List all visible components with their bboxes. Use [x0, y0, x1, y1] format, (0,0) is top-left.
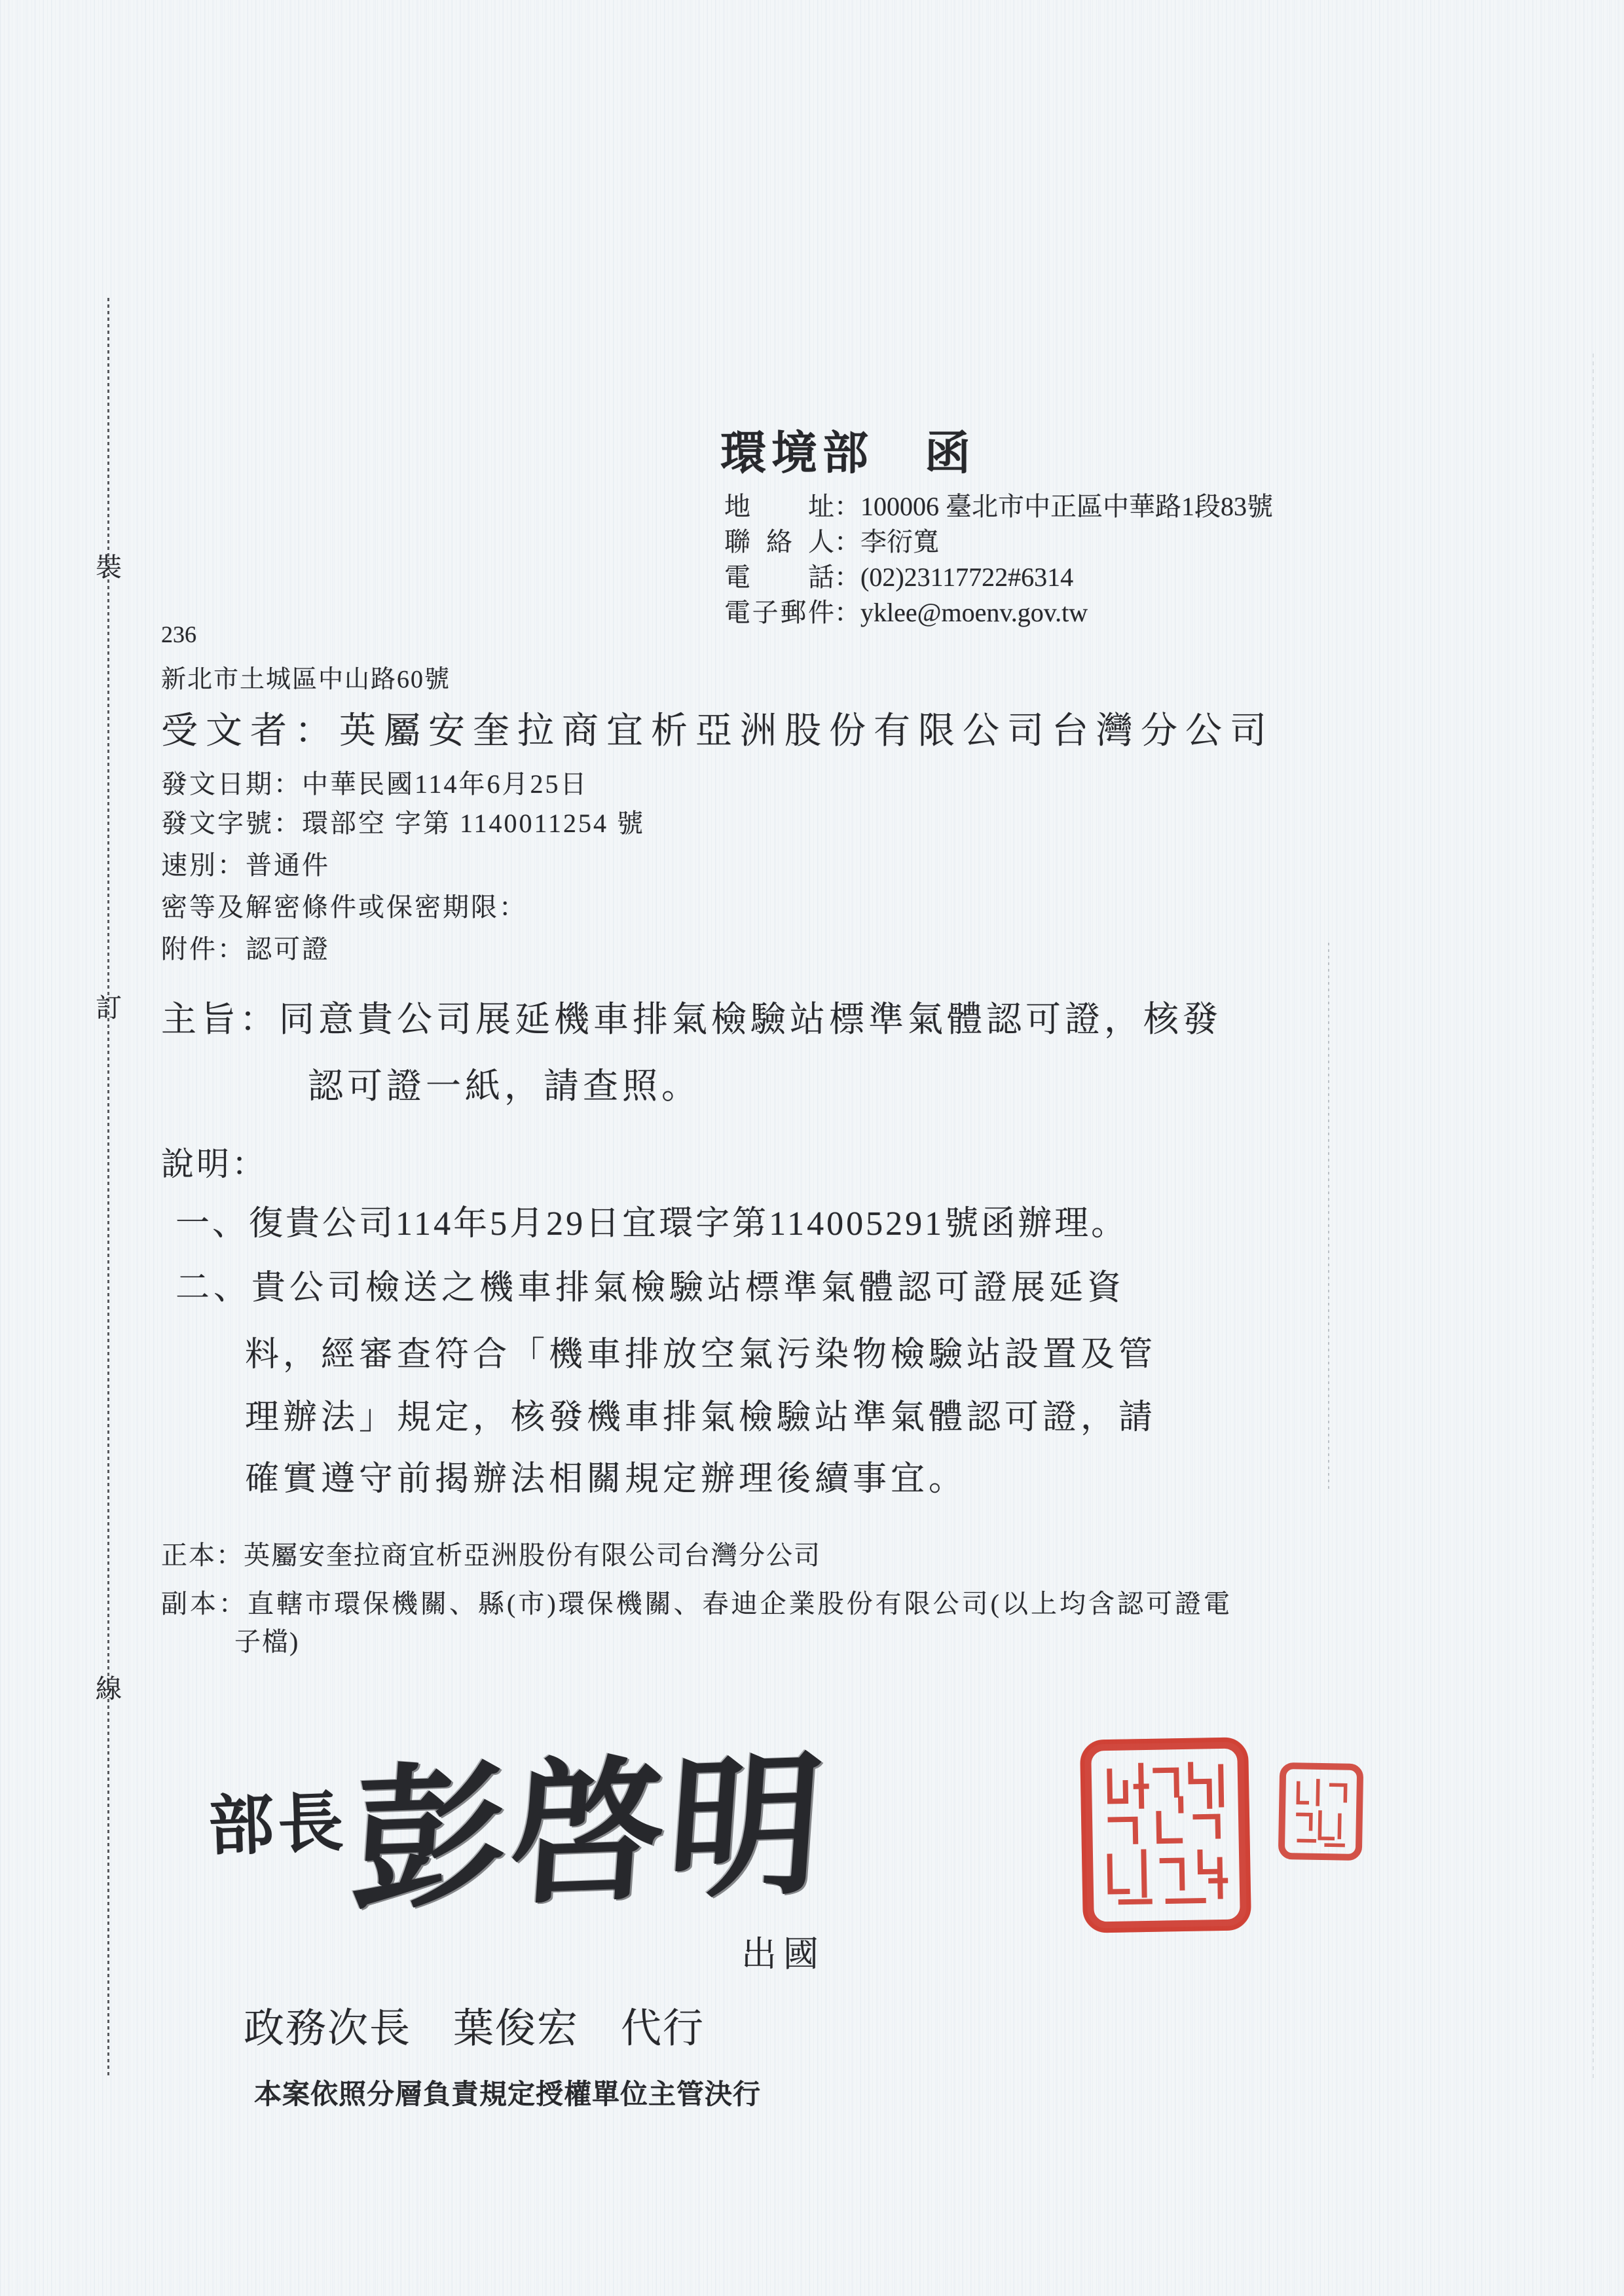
- doc-number-label: 發文字號：: [161, 809, 302, 838]
- cc-line-1: 副本：直轄市環保機關、縣(市)環保機關、春迪企業股份有限公司(以上均含認可證電: [161, 1583, 1232, 1620]
- binding-mark-xian: 線: [92, 1668, 126, 1705]
- small-red-seal: [1276, 1760, 1366, 1863]
- scanned-official-letter: 裝 訂 線 環境部 函 地址：100006 臺北市中正區中華路1段83號 聯絡人…: [0, 0, 1624, 2296]
- address-value: ：100006 臺北市中正區中華路1段83號: [834, 492, 1273, 521]
- minister-title: 部長: [207, 1769, 349, 1868]
- subject-label: 主旨：: [161, 1000, 279, 1039]
- binding-mark-ding: 訂: [92, 987, 126, 1025]
- large-red-seal: [1077, 1735, 1253, 1936]
- speed-value: 普通件: [246, 850, 330, 880]
- agency-contact-row: 聯絡人：李衍寬: [724, 521, 1273, 556]
- phone-value: ：(02)23117722#6314: [834, 562, 1073, 592]
- secrecy-line: 密等及解密條件或保密期限：: [161, 886, 527, 924]
- item-2-number: 二、: [175, 1269, 251, 1307]
- issue-date-line: 發文日期：中華民國114年6月25日: [161, 763, 589, 801]
- fold-line-right-edge: [1593, 354, 1594, 2082]
- original-label: 正本：: [161, 1540, 244, 1570]
- explanation-item-1: 一、復貴公司114年5月29日宜環字第114005291號函辦理。: [175, 1195, 1128, 1245]
- authorization-note: 本案依照分層負責規定授權單位主管決行: [254, 2073, 761, 2112]
- speed-line: 速別：普通件: [161, 845, 330, 882]
- agency-address-row: 地址：100006 臺北市中正區中華路1段83號: [724, 486, 1273, 521]
- attachment-line: 附件：認可證: [161, 928, 330, 966]
- item-1-text: 復貴公司114年5月29日宜環字第114005291號函辦理。: [249, 1205, 1128, 1243]
- explanation-item-2-line-1: 二、貴公司檢送之機車排氣檢驗站標準氣體認可證展延資: [175, 1260, 1125, 1309]
- cc-label: 副本：: [161, 1589, 248, 1618]
- secrecy-label: 密等及解密條件或保密期限：: [161, 892, 527, 922]
- explanation-heading: 說明：: [161, 1138, 267, 1185]
- subject-text-1: 同意貴公司展延機車排氣檢驗站標準氣體認可證，核發: [279, 1000, 1222, 1039]
- document-title: 環境部 函: [720, 416, 976, 483]
- email-label: 電子郵件: [724, 592, 834, 629]
- agency-email-row: 電子郵件：yklee@moenv.gov.tw: [724, 592, 1273, 627]
- original-copy-line: 正本：英屬安奎拉商宜析亞洲股份有限公司台灣分公司: [161, 1535, 821, 1572]
- agency-contact-block: 地址：100006 臺北市中正區中華路1段83號 聯絡人：李衍寬 電話：(02)…: [724, 486, 1273, 627]
- phone-label: 電話: [724, 556, 834, 594]
- subject-line-2: 認可證一紙，請查照。: [308, 1058, 701, 1108]
- recipient-address: 新北市土城區中山路60號: [161, 659, 451, 695]
- issue-date-label: 發文日期：: [161, 769, 302, 799]
- agency-phone-row: 電話：(02)23117722#6314: [724, 556, 1273, 592]
- doc-number-line: 發文字號：環部空 字第 1140011254 號: [161, 803, 645, 840]
- contact-value: ：李衍寬: [834, 527, 939, 556]
- contact-label: 聯絡人: [724, 521, 834, 558]
- cc-line-2: 子檔): [234, 1621, 299, 1658]
- recipient-label: 受文者：: [161, 711, 339, 752]
- recipient-name: 英屬安奎拉商宜析亞洲股份有限公司台灣分公司: [339, 711, 1274, 752]
- subject-line-1: 主旨：同意貴公司展延機車排氣檢驗站標準氣體認可證，核發: [161, 991, 1222, 1042]
- issue-date-value: 中華民國114年6月25日: [302, 769, 589, 799]
- minister-status: 出國: [741, 1926, 825, 1977]
- attachment-value: 認可證: [246, 934, 330, 964]
- cc-value-1: 直轄市環保機關、縣(市)環保機關、春迪企業股份有限公司(以上均含認可證電: [248, 1589, 1232, 1618]
- doc-number-value: 環部空 字第 1140011254 號: [302, 809, 645, 838]
- minister-signature: 彭啓明: [346, 1702, 834, 1939]
- item-2-text-1: 貴公司檢送之機車排氣檢驗站標準氣體認可證展延資: [251, 1269, 1125, 1307]
- fold-line-middle: [1328, 943, 1329, 1493]
- explanation-item-2-line-4: 確實遵守前揭辦法相關規定辦理後續事宜。: [245, 1451, 967, 1500]
- original-value: 英屬安奎拉商宜析亞洲股份有限公司台灣分公司: [244, 1540, 821, 1570]
- attachment-label: 附件：: [161, 934, 246, 964]
- email-value: ：yklee@moenv.gov.tw: [834, 598, 1088, 627]
- recipient-line: 受文者：英屬安奎拉商宜析亞洲股份有限公司台灣分公司: [161, 702, 1274, 754]
- explanation-item-2-line-3: 理辦法」規定，核發機車排氣檢驗站準氣體認可證，請: [245, 1389, 1156, 1438]
- address-label: 地址: [724, 486, 834, 523]
- deputy-acting-line: 政務次長 葉俊宏 代行: [244, 1995, 705, 2054]
- postal-code: 236: [161, 621, 196, 648]
- speed-label: 速別：: [161, 850, 246, 880]
- binding-mark-zhuang: 裝: [92, 547, 126, 584]
- item-1-number: 一、: [175, 1205, 249, 1243]
- explanation-item-2-line-2: 料，經審查符合「機車排放空氣污染物檢驗站設置及管: [245, 1326, 1156, 1376]
